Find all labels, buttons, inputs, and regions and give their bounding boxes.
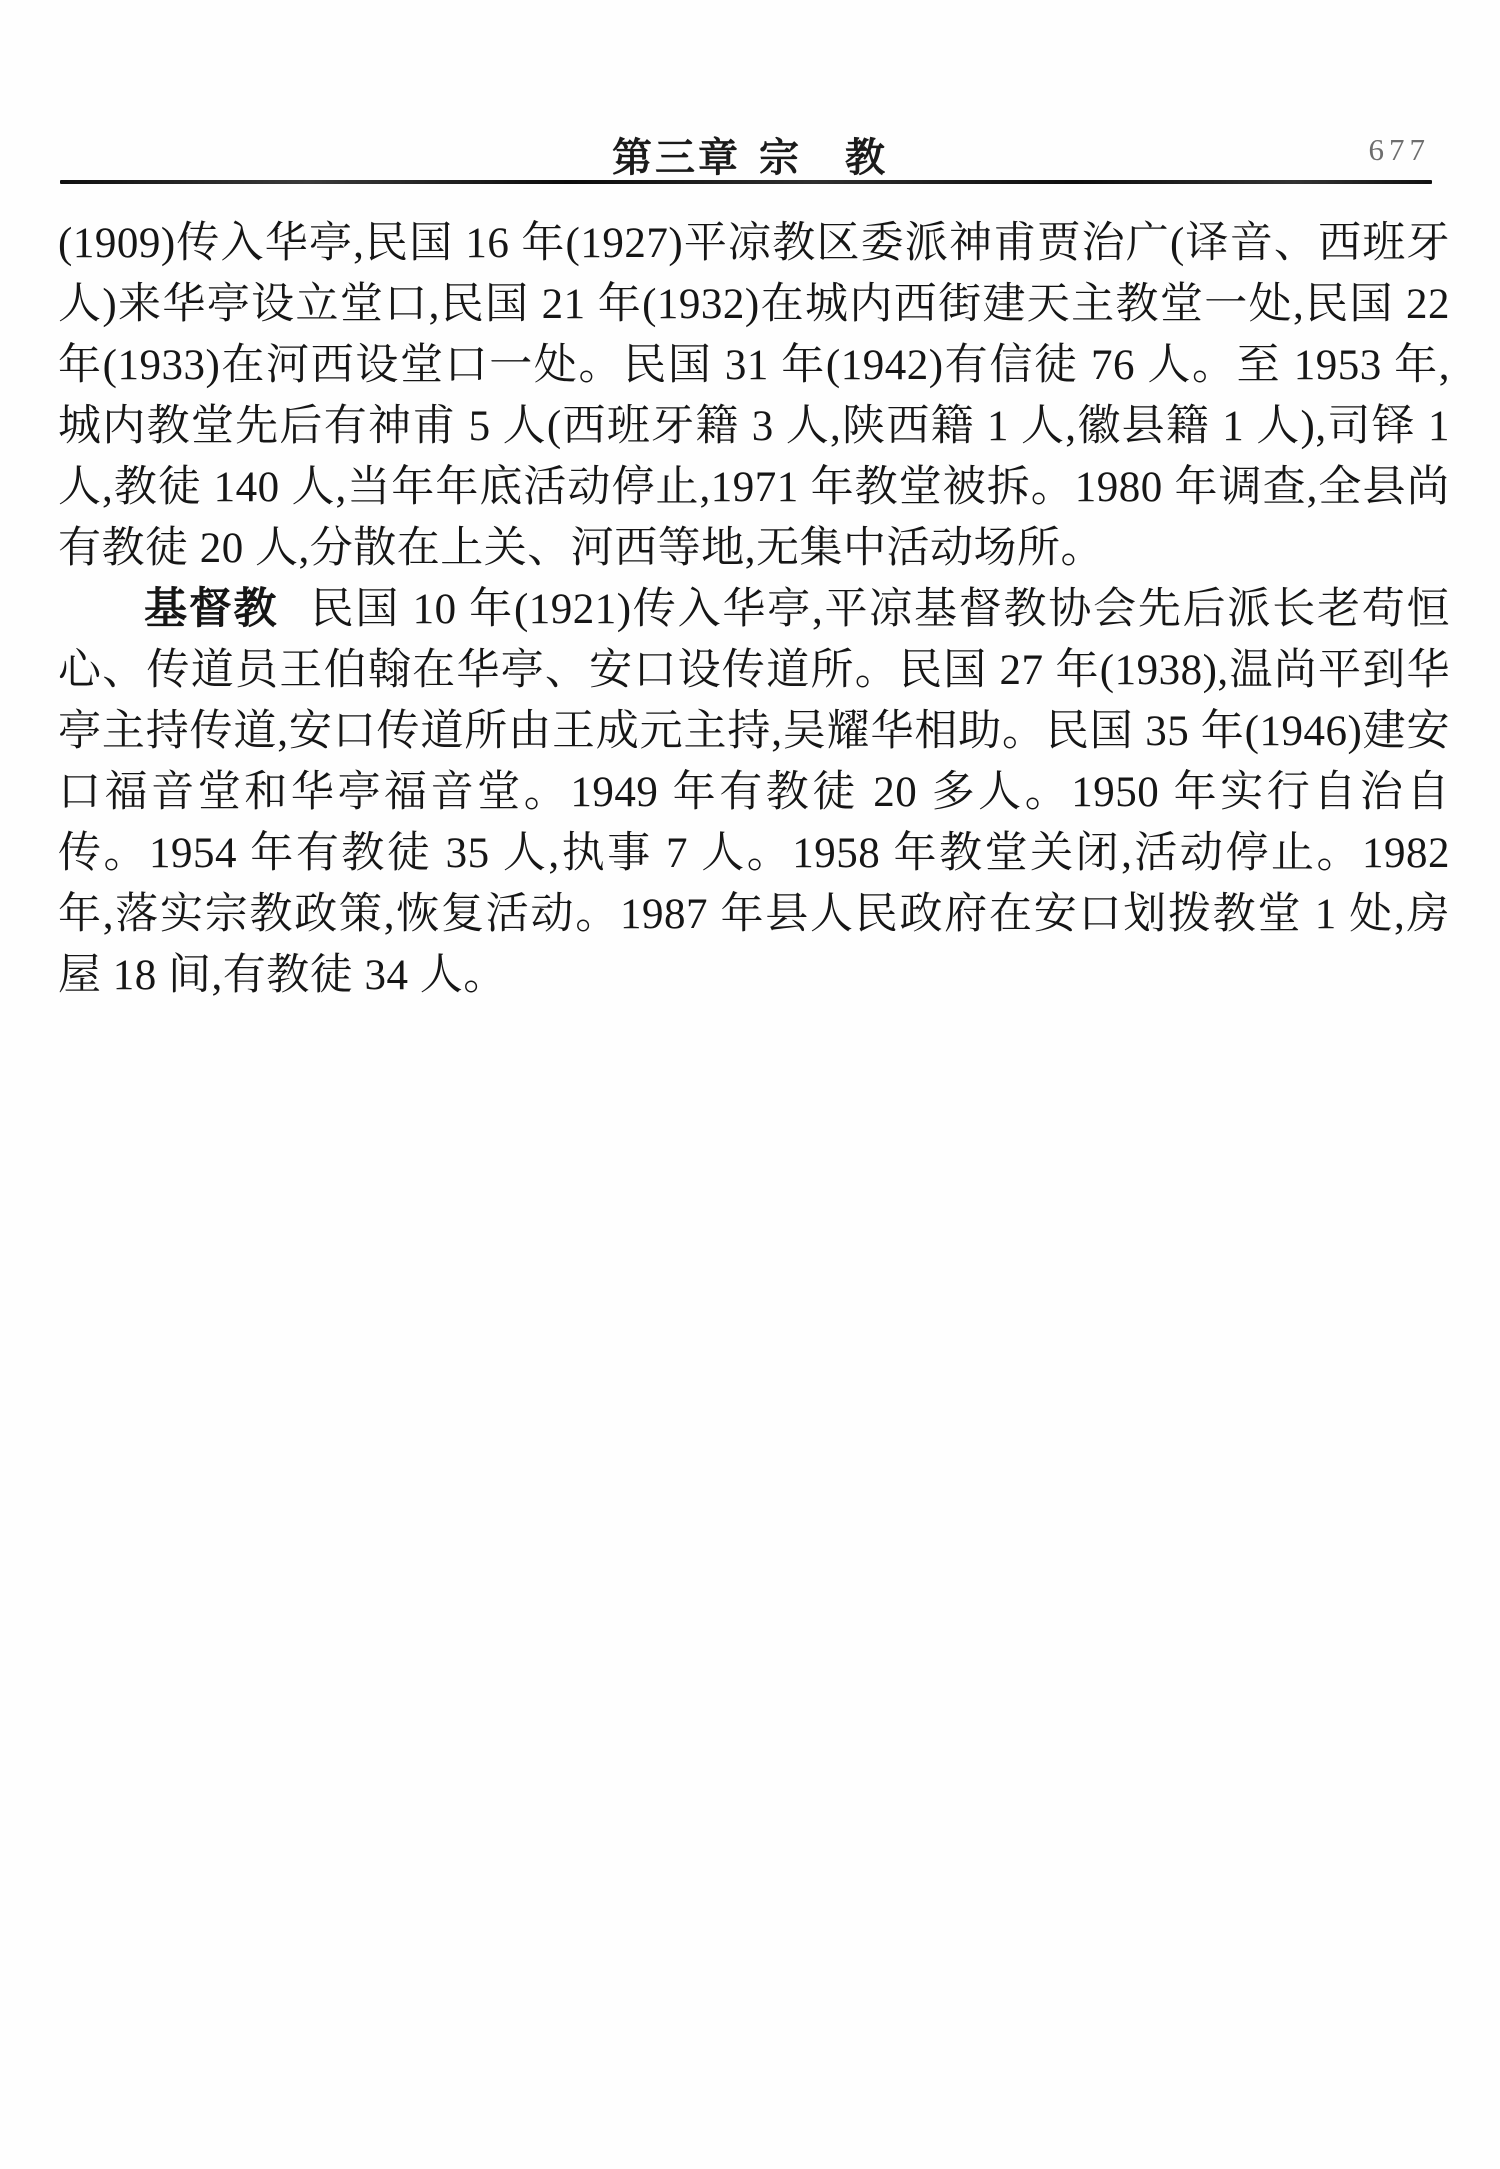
chapter-label: 第三章 bbox=[612, 135, 741, 180]
section-title: 宗 教 bbox=[759, 135, 888, 180]
header-divider-rule bbox=[60, 180, 1432, 184]
page-header: 第三章宗 教 677 bbox=[60, 126, 1440, 176]
page-number: 677 bbox=[1369, 132, 1431, 168]
scanned-book-page: 第三章宗 教 677 (1909)传入华亭,民国 16 年(1927)平凉教区委… bbox=[0, 0, 1500, 2169]
paragraph-body-text: 民国 10 年(1921)传入华亭,平凉基督教协会先后派长老苟恒心、传道员王伯翰… bbox=[58, 586, 1450, 999]
chapter-heading: 第三章宗 教 bbox=[612, 126, 888, 183]
paragraph-lead-term: 基督教 bbox=[144, 586, 278, 633]
paragraph-christianity: 基督教民国 10 年(1921)传入华亭,平凉基督教协会先后派长老苟恒心、传道员… bbox=[58, 579, 1450, 1006]
paragraph-catholicism-continuation: (1909)传入华亭,民国 16 年(1927)平凉教区委派神甫贾治广(译音、西… bbox=[58, 213, 1450, 579]
body-text: (1909)传入华亭,民国 16 年(1927)平凉教区委派神甫贾治广(译音、西… bbox=[58, 213, 1450, 1006]
